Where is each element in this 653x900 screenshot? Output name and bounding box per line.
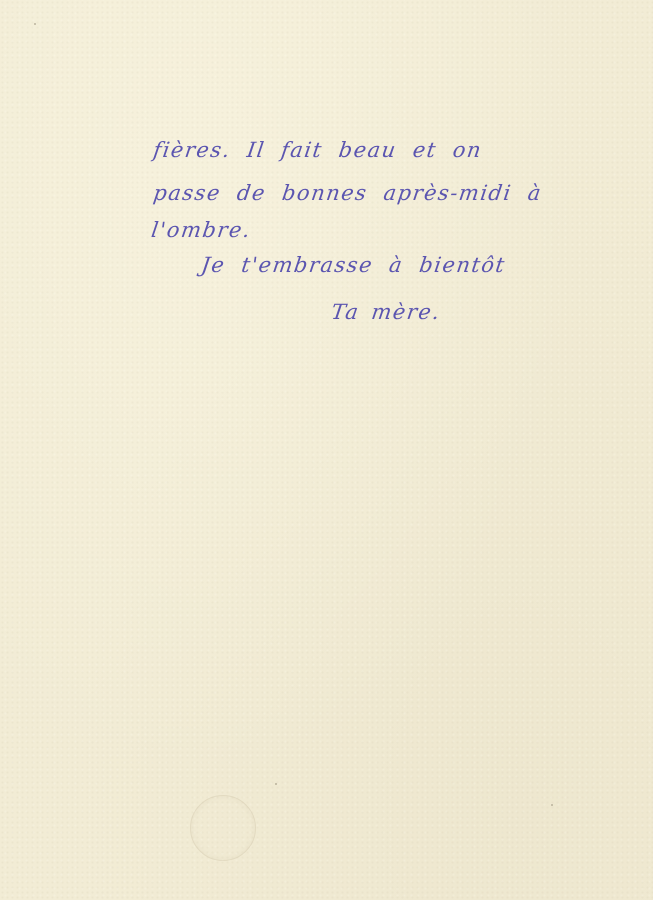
letter-page: fières. Il fait beau et on passe de bonn…: [0, 0, 653, 900]
letter-signature: Ta mère.: [330, 302, 442, 323]
paper-speck: [275, 783, 277, 785]
letter-body-line-1: fières. Il fait beau et on: [152, 140, 484, 161]
letter-body-line-3: l'ombre.: [150, 220, 253, 241]
paper-speck: [551, 804, 553, 806]
paper-speck: [34, 23, 36, 25]
letter-body-line-2: passe de bonnes après-midi à: [152, 183, 543, 204]
letter-closing: Je t'embrasse à bientôt: [200, 255, 507, 276]
paper-watermark: [190, 795, 256, 861]
